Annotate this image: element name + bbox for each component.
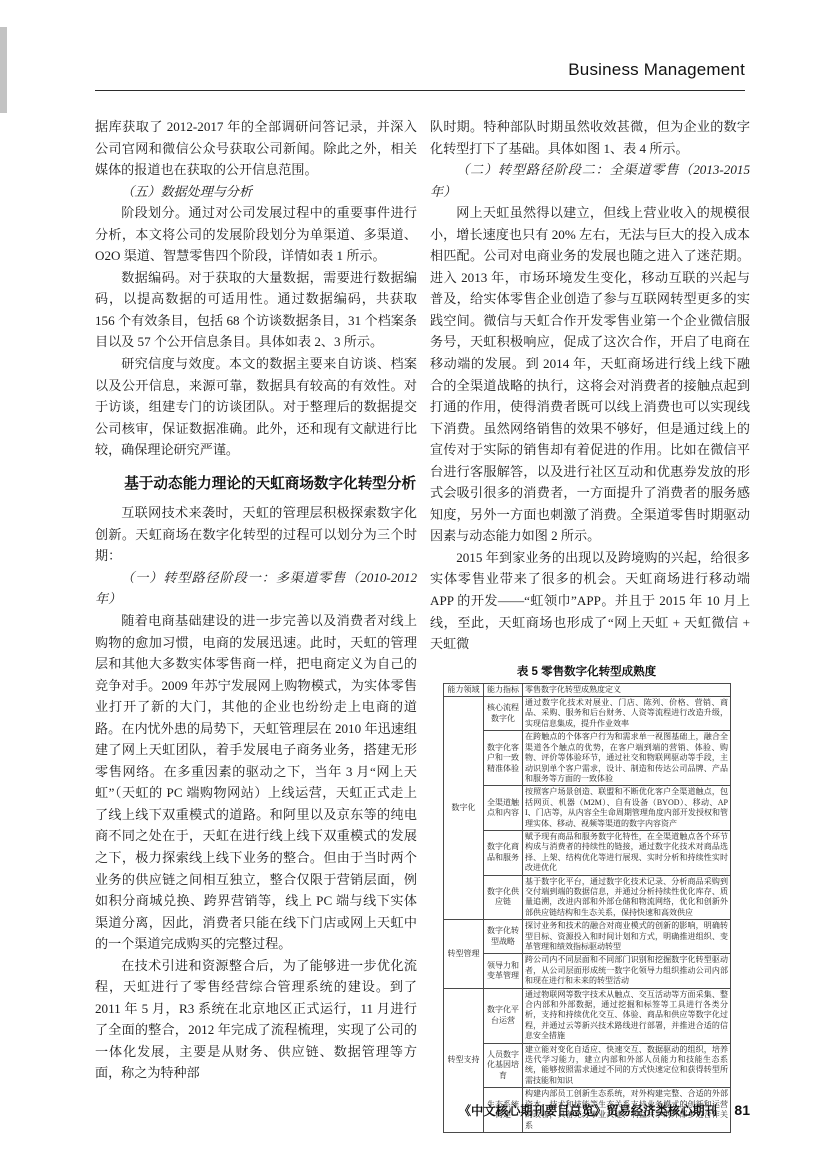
definition-cell: 通过数字化技术对展业、门店、陈列、价格、营销、商品、采购、服务和后台财务、人资等…: [523, 697, 731, 731]
indicator-cell: 数字化商品和服务: [484, 830, 523, 875]
table-row: 领导力和变革管理 跨公司内不同层面和不同部门识别和挖掘数字化转型驱动者，从公司层…: [444, 954, 731, 988]
table-5-block: 表 5 零售数字化转型成熟度 能力领域 能力指标 零售数字化转型成熟度定义 数字…: [430, 663, 730, 1133]
indicator-cell: 领导力和变革管理: [484, 954, 523, 988]
col-header-category: 能力领域: [444, 683, 484, 696]
indicator-cell: 数字化平台运营: [484, 988, 523, 1043]
print-margin-mark: [0, 27, 7, 113]
table-5-title: 表 5 零售数字化转型成熟度: [443, 663, 730, 679]
paragraph: 据库获取了 2012-2017 年的全部调研问答记录，并深入公司官网和微信公众号…: [95, 116, 417, 181]
col-header-indicator: 能力指标: [484, 683, 523, 696]
paragraph: 2015 年到家业务的出现以及跨境购的兴起，给很多实体零售业带来了很多的机会。天…: [430, 547, 750, 655]
category-cell: 数字化: [444, 697, 484, 920]
definition-cell: 基于数字化平台，通过数字化技术记录、分析商品采购到交付端到端的数据信息，并通过分…: [523, 875, 731, 920]
indicator-cell: 数字化转型战略: [484, 920, 523, 954]
category-cell: 转型管理: [444, 920, 484, 988]
paragraph: 队时期。特种部队时期虽然收效甚微，但为企业的数字化转型打下了基础。具体如图 1、…: [430, 116, 750, 159]
table-row: 人员数字化基因培育 建立能对变化自适应、快速交互、数据驱动的组织，培养迭代学习能…: [444, 1043, 731, 1088]
table-row: 数字化供应链 基于数字化平台，通过数字化技术记录、分析商品采购到交付端到端的数据…: [444, 875, 731, 920]
definition-cell: 按照客户场景创造、联盟和不断优化客户全渠道触点，包括网页、机器（M2M）、自有设…: [523, 786, 731, 831]
col-header-definition: 零售数字化转型成熟度定义: [523, 683, 731, 696]
left-column: 据库获取了 2012-2017 年的全部调研问答记录，并深入公司官网和微信公众号…: [95, 116, 417, 1133]
table-header-row: 能力领域 能力指标 零售数字化转型成熟度定义: [444, 683, 731, 696]
table-row: 数字化客户和一致精准体验 在跨触点的个体客户行为和需求单一视图基础上，融合全渠道…: [444, 731, 731, 786]
table-row: 全渠道触点和内容 按照客户场景创造、联盟和不断优化客户全渠道触点，包括网页、机器…: [444, 786, 731, 831]
paragraph: 在技术引进和资源整合后，为了能够进一步优化流程，天虹进行了零售经营综合管理系统的…: [95, 955, 417, 1084]
indicator-cell: 数字化客户和一致精准体验: [484, 731, 523, 786]
table-row: 转型管理 数字化转型战略 探讨业务和技术的融合对商业模式的创新的影响，明确转型目…: [444, 920, 731, 954]
definition-cell: 跨公司内不同层面和不同部门识别和挖掘数字化转型驱动者，从公司层面形成统一数字化领…: [523, 954, 731, 988]
section-heading: 基于动态能力理论的天虹商场数字化转型分析: [95, 472, 417, 498]
text-columns: 据库获取了 2012-2017 年的全部调研问答记录，并深入公司官网和微信公众号…: [95, 116, 750, 1133]
table-row: 转型支持 数字化平台运营 通过物联网等数字技术从触点、交互活动等方面采集、整合内…: [444, 988, 731, 1043]
journal-footer-text: 《中文核心期刊要目总览》贸易经济类核心期刊: [459, 1104, 717, 1118]
definition-cell: 在跨触点的个体客户行为和需求单一视图基础上，融合全渠道各个触点的优势，在客户端到…: [523, 731, 731, 786]
paragraph: 数据编码。对于获取的大量数据，需要进行数据编码，以提高数据的可适用性。通过数据编…: [95, 267, 417, 353]
paragraph: 研究信度与效度。本文的数据主要来自访谈、档案以及公开信息，来源可靠，数据具有较高…: [95, 353, 417, 461]
journal-page: Business Management 据库获取了 2012-2017 年的全部…: [0, 0, 827, 1160]
page-footer: 《中文核心期刊要目总览》贸易经济类核心期刊 81: [459, 1101, 750, 1119]
definition-cell: 建立能对变化自适应、快速交互、数据驱动的组织，培养迭代学习能力，建立内部和外部人…: [523, 1043, 731, 1088]
paragraph: 互联网技术来袭时，天虹的管理层积极探索数字化创新。天虹商场在数字化转型的过程可以…: [95, 502, 417, 567]
paragraph: 随着电商基础建设的进一步完善以及消费者对线上购物的愈加习惯，电商的发展迅速。此时…: [95, 610, 417, 955]
right-column: 队时期。特种部队时期虽然收效甚微，但为企业的数字化转型打下了基础。具体如图 1、…: [430, 116, 750, 1133]
indicator-cell: 全渠道触点和内容: [484, 786, 523, 831]
indicator-cell: 核心流程数字化: [484, 697, 523, 731]
definition-cell: 赋予现有商品和服务数字化特性，在全渠道触点各个环节构成与消费者的持续性的链接，通…: [523, 830, 731, 875]
maturity-table: 能力领域 能力指标 零售数字化转型成熟度定义 数字化 核心流程数字化 通过数字化…: [443, 683, 731, 1133]
subsection-heading: （五）数据处理与分析: [95, 181, 417, 203]
indicator-cell: 人员数字化基因培育: [484, 1043, 523, 1088]
indicator-cell: 数字化供应链: [484, 875, 523, 920]
subsection-heading: （二）转型路径阶段二：全渠道零售（2013-2015 年）: [430, 159, 750, 202]
subsection-heading: （一）转型路径阶段一：多渠道零售（2010-2012 年）: [95, 567, 417, 610]
journal-section-title: Business Management: [568, 60, 745, 80]
paragraph: 阶段划分。通过对公司发展过程中的重要事件进行分析，本文将公司的发展阶段划分为单渠…: [95, 202, 417, 267]
definition-cell: 通过物联网等数字技术从触点、交互活动等方面采集、整合内部和外部数据，通过挖掘和标…: [523, 988, 731, 1043]
table-row: 数字化商品和服务 赋予现有商品和服务数字化特性，在全渠道触点各个环节构成与消费者…: [444, 830, 731, 875]
definition-cell: 探讨业务和技术的融合对商业模式的创新的影响，明确转型目标、资源投入和时间计划和方…: [523, 920, 731, 954]
page-number: 81: [734, 1102, 750, 1118]
table-row: 数字化 核心流程数字化 通过数字化技术对展业、门店、陈列、价格、营销、商品、采购…: [444, 697, 731, 731]
header-rule: [95, 90, 745, 91]
paragraph: 网上天虹虽然得以建立，但线上营业收入的规模很小，增长速度也只有 20% 左右，无…: [430, 202, 750, 547]
